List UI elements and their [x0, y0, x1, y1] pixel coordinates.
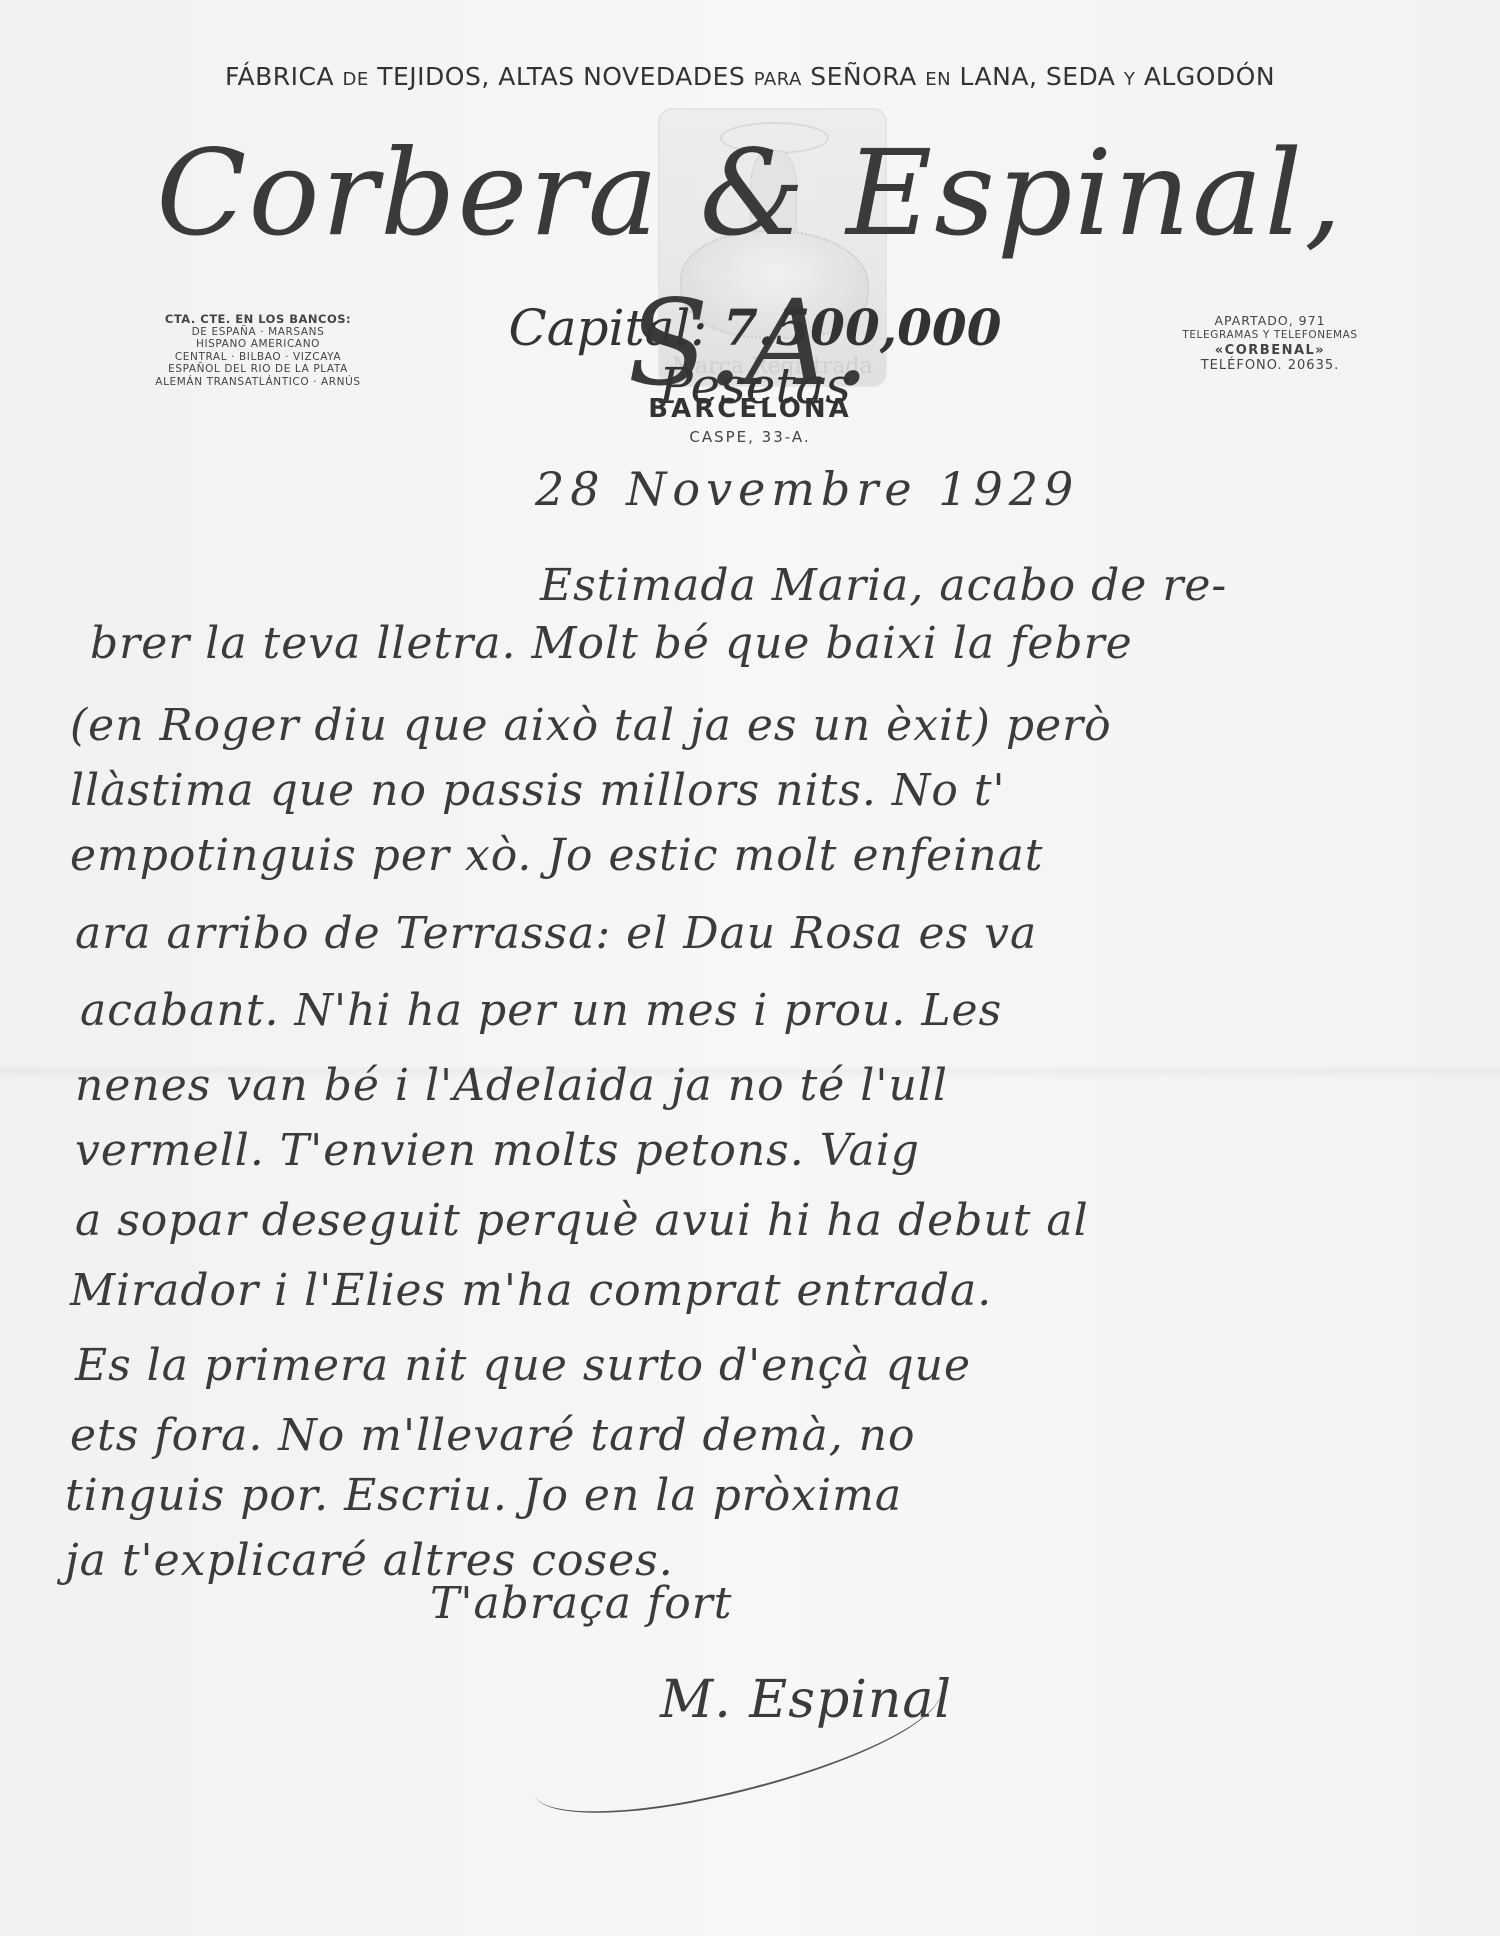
tagline-text: DE [343, 69, 369, 90]
letter-line: nenes van bé i l'Adelaida ja no té l'ull [75, 1060, 948, 1111]
letter-line: Estimada Maria, acabo de re- [540, 560, 1227, 611]
letter-line: ara arribo de Terrassa: el Dau Rosa es v… [75, 908, 1037, 959]
letter-line: acabant. N'hi ha per un mes i prou. Les [80, 985, 1002, 1036]
letter-line: a sopar deseguit perquè avui hi ha debut… [75, 1195, 1089, 1246]
bank-line: DE ESPAÑA · MARSANS [118, 326, 398, 339]
tagline-text: FÁBRICA [225, 62, 334, 91]
city: BARCELONA [0, 394, 1500, 424]
contact-block: APARTADO, 971 TELEGRAMAS Y TELEFONEMAS «… [1130, 313, 1410, 373]
letter-closing: T'abraça fort [430, 1578, 732, 1629]
po-box: APARTADO, 971 [1130, 313, 1410, 328]
tagline-text: LANA, SEDA [960, 62, 1116, 91]
tagline-text: EN [925, 69, 951, 90]
tagline-text: PARA [754, 69, 802, 90]
tagline-text: TEJIDOS, ALTAS NOVEDADES [377, 62, 745, 91]
tagline-text: SEÑORA [810, 62, 917, 91]
tagline-text: ALGODÓN [1144, 62, 1275, 91]
letter-line: Mirador i l'Elies m'ha comprat entrada. [70, 1265, 992, 1316]
telegram-address: «CORBENAL» [1130, 343, 1410, 358]
letter-date: 28 Novembre 1929 [535, 462, 1079, 516]
letter-line: Es la primera nit que surto d'ençà que [75, 1340, 971, 1391]
bank-line: ESPAÑOL DEL RIO DE LA PLATA [118, 363, 398, 376]
tagline-text: Y [1124, 69, 1136, 90]
letter-line: llàstima que no passis millors nits. No … [70, 765, 1006, 816]
letter-line: ets fora. No m'llevaré tard demà, no [70, 1410, 916, 1461]
letter-line: brer la teva lletra. Molt bé que baixi l… [90, 618, 1133, 669]
bank-line: CENTRAL · BILBAO · VIZCAYA [118, 351, 398, 364]
bank-line: ALEMÁN TRANSATLÁNTICO · ARNÚS [118, 376, 398, 389]
letter-line: vermell. T'envien molts petons. Vaig [75, 1125, 920, 1176]
letterhead-tagline: FÁBRICA DE TEJIDOS, ALTAS NOVEDADES PARA… [0, 62, 1500, 91]
letter-page: FÁBRICA DE TEJIDOS, ALTAS NOVEDADES PARA… [0, 0, 1500, 1936]
banks-heading: CTA. CTE. EN LOS BANCOS: [118, 313, 398, 326]
letter-line: empotinguis per xò. Jo estic molt enfein… [70, 830, 1043, 881]
telegrams-label: TELEGRAMAS Y TELEFONEMAS [1130, 328, 1410, 343]
phone-number: TELÉFONO. 20635. [1130, 358, 1410, 373]
capital-label: Capital: [508, 299, 707, 357]
signature: M. Espinal [660, 1670, 952, 1730]
letter-line: tinguis por. Escriu. Jo en la pròxima [65, 1470, 902, 1521]
capital-amount: 7.500,000 [723, 298, 1001, 357]
bank-accounts-block: CTA. CTE. EN LOS BANCOS: DE ESPAÑA · MAR… [118, 313, 398, 388]
letter-line: (en Roger diu que això tal ja es un èxit… [70, 700, 1112, 751]
bank-line: HISPANO AMERICANO [118, 338, 398, 351]
street-address: CASPE, 33-A. [0, 428, 1500, 446]
